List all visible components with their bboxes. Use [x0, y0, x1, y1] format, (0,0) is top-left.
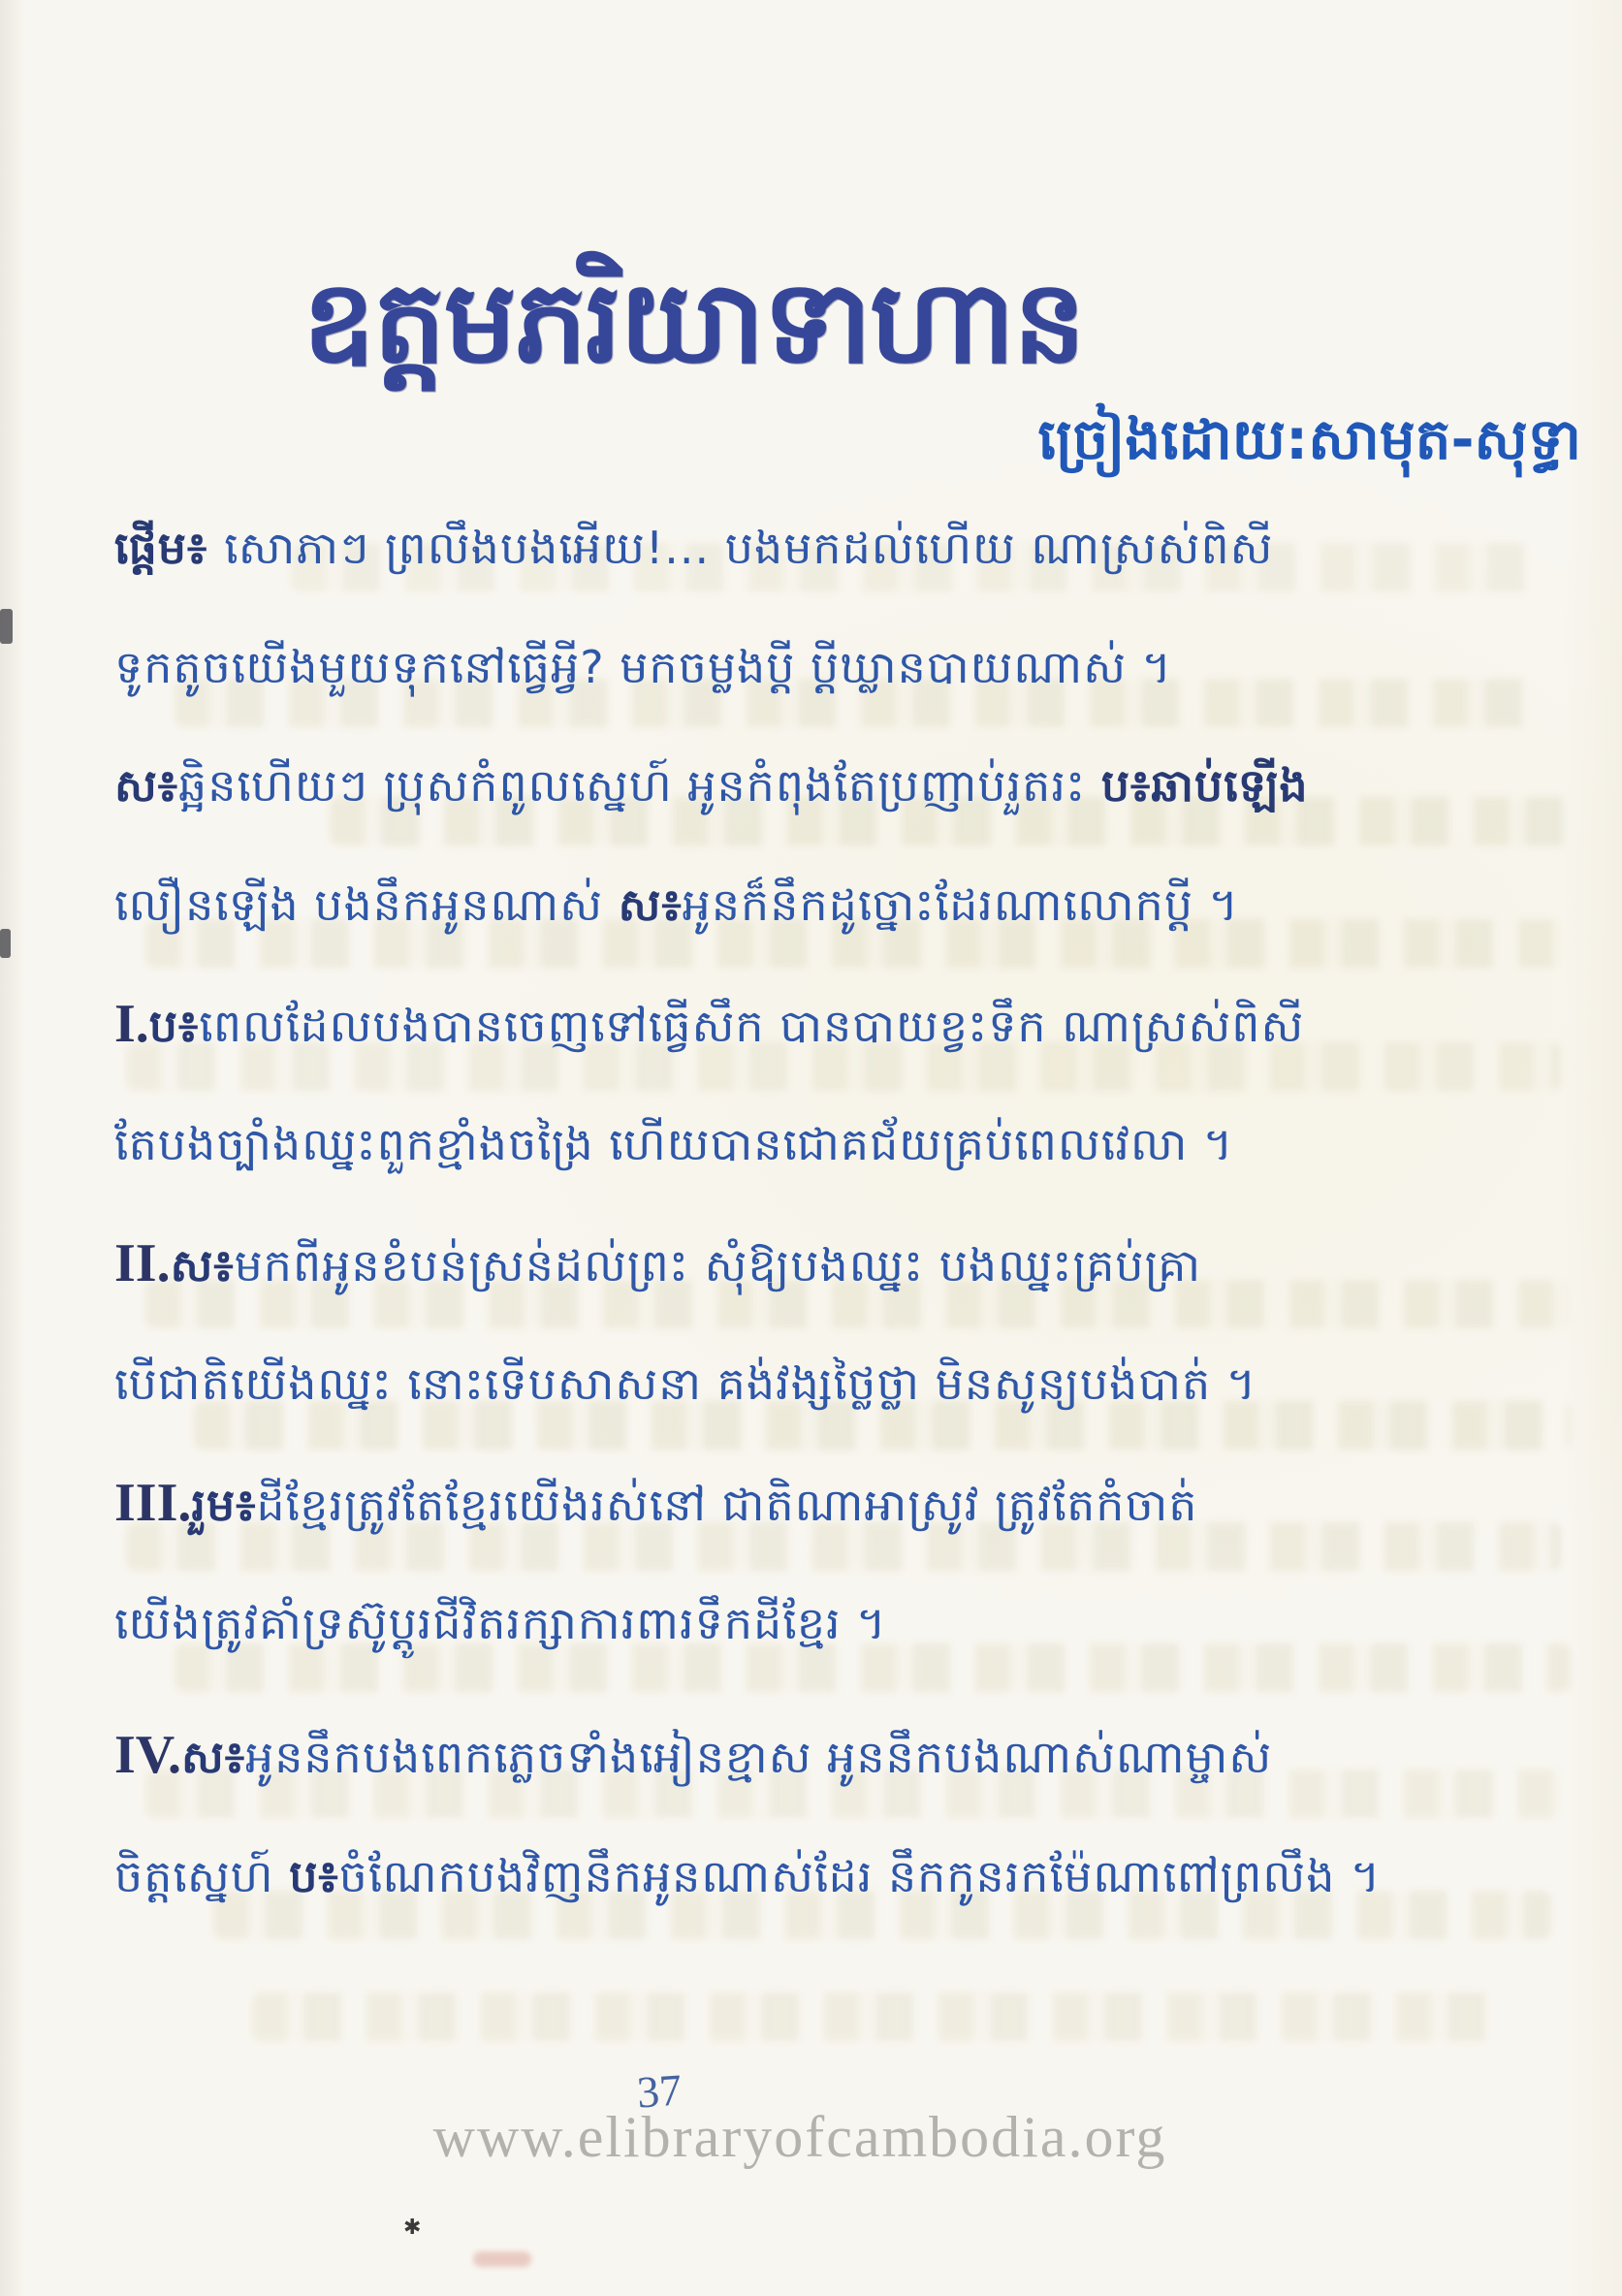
- lyrics-body: ផ្ដើម៖ សោភាៗ ព្រលឹងបងអើយ!... បងមកដល់ហើយ …: [0, 0, 1622, 2296]
- lyric-line: ទូកតូចយើងមួយទុកនៅធ្វើអ្វី? មកចម្លងប្ដី ប…: [114, 619, 1609, 725]
- lyric-segment-label: ប៖: [149, 1000, 199, 1052]
- lyric-segment-numeral: II.: [114, 1233, 171, 1293]
- lyric-segment-text: ចំណែកបងវិញនឹកអូនណាស់ដែរ នឹកកូនរកម៉ែណាពៅព…: [339, 1850, 1382, 1902]
- lyric-segment-text: សោភាៗ ព្រលឹងបងអើយ!... បងមកដល់ហើយ ណាស្រស់…: [224, 522, 1273, 574]
- lyric-segment-numeral: I.: [114, 994, 149, 1054]
- lyric-segment-text: តែបងច្បាំងឈ្នះពួកខ្មាំងចង្រៃ ហើយបានជោគជ័…: [114, 1118, 1233, 1170]
- lyric-line: I.ប៖ពេលដែលបងបានចេញទៅធ្វើសឹក បានបាយខ្វះទឹ…: [114, 975, 1609, 1082]
- lyric-segment-numeral: III.: [114, 1473, 191, 1533]
- lyric-segment-label: ស៖: [619, 878, 683, 931]
- lyric-line: ស៖ឆ្អិនហើយៗ ប្រុសកំពូលស្នេហ៍ អូនកំពុងតែប…: [114, 737, 1609, 844]
- lyric-segment-label: ផ្ដើម៖: [114, 522, 224, 574]
- lyric-segment-label: ស៖: [114, 759, 178, 812]
- lyric-segment-text: បើជាតិយើងឈ្នះ នោះទើបសាសនា គង់វង្សថ្លៃថ្ល…: [114, 1357, 1256, 1410]
- lyric-line: យើងត្រូវគាំទ្រស៊ូប្ដូរជីវិតរក្សាការពារទឹ…: [114, 1575, 1609, 1681]
- lyric-segment-label: ស៖: [181, 1731, 245, 1783]
- lyric-line: II.ស៖មកពីអូនខំបន់ស្រន់ដល់ព្រះ សុំឱ្យបងឈ្…: [114, 1215, 1609, 1322]
- lyric-segment-text: ពេលដែលបងបានចេញទៅធ្វើសឹក បានបាយខ្វះទឹក ណា…: [199, 1000, 1304, 1052]
- lyric-segment-text: លឿនឡើង បងនឹកអូនណាស់: [114, 878, 619, 931]
- lyric-segment-text: មកពីអូនខំបន់ស្រន់ដល់ព្រះ សុំឱ្យបងឈ្នះ បង…: [235, 1239, 1201, 1291]
- lyric-segment-text: ចិត្តស្នេហ៍: [114, 1850, 289, 1902]
- lyric-segment-label: ស៖: [171, 1239, 235, 1291]
- lyric-segment-label: រួម៖: [191, 1479, 256, 1531]
- lyric-segment-text: ដីខ្មែរត្រូវតែខ្មែរយើងរស់នៅ ជាតិណាអាស្រូ…: [256, 1479, 1197, 1531]
- lyric-segment-text: អូននឹកបងពេកភ្លេចទាំងអៀនខ្មាស អូននឹកបងណាស…: [245, 1731, 1272, 1783]
- lyric-line: ផ្ដើម៖ សោភាៗ ព្រលឹងបងអើយ!... បងមកដល់ហើយ …: [114, 499, 1609, 606]
- library-watermark: www.elibraryofcambodia.org: [427, 2100, 1173, 2178]
- lyric-segment-text: យើងត្រូវគាំទ្រស៊ូប្ដូរជីវិតរក្សាការពារទឹ…: [114, 1597, 887, 1649]
- lyric-segment-text: អូនក៏នឹកដូច្នោះដែរណាលោកប្ដី ។: [683, 878, 1239, 931]
- lyric-line: III.រួម៖ដីខ្មែរត្រូវតែខ្មែរយើងរស់នៅ ជាតិ…: [114, 1454, 1609, 1561]
- lyric-segment-label: ប៖: [289, 1850, 338, 1902]
- scanned-songbook-page: ឧត្តមភរិយាទាហាន ច្រៀងដោយ:សាមុត-សុទ្ធា ផ្…: [0, 0, 1622, 2296]
- lyric-line: ចិត្តស្នេហ៍ ប៖ចំណែកបងវិញនឹកអូនណាស់ដែរ នឹ…: [114, 1828, 1609, 1934]
- footer-asterisk-mark: ✱: [403, 2216, 421, 2240]
- lyric-segment-numeral: IV.: [114, 1725, 181, 1785]
- lyric-segment-text: ឆ្អិនហើយៗ ប្រុសកំពូលស្នេហ៍ អូនកំពុងតែប្រ…: [178, 759, 1101, 812]
- lyric-segment-label: ប៖ឆាប់ឡើង: [1101, 759, 1309, 812]
- lyric-line: IV.ស៖អូននឹកបងពេកភ្លេចទាំងអៀនខ្មាស អូននឹក…: [114, 1706, 1609, 1813]
- lyric-line: តែបងច្បាំងឈ្នះពួកខ្មាំងចង្រៃ ហើយបានជោគជ័…: [114, 1096, 1609, 1202]
- lyric-line: លឿនឡើង បងនឹកអូនណាស់ ស៖អូនក៏នឹកដូច្នោះដែរ…: [114, 856, 1609, 963]
- lyric-segment-text: ទូកតូចយើងមួយទុកនៅធ្វើអ្វី? មកចម្លងប្ដី ប…: [114, 641, 1172, 693]
- lyric-line: បើជាតិយើងឈ្នះ នោះទើបសាសនា គង់វង្សថ្លៃថ្ល…: [114, 1335, 1609, 1442]
- scan-smudge: [473, 2251, 531, 2267]
